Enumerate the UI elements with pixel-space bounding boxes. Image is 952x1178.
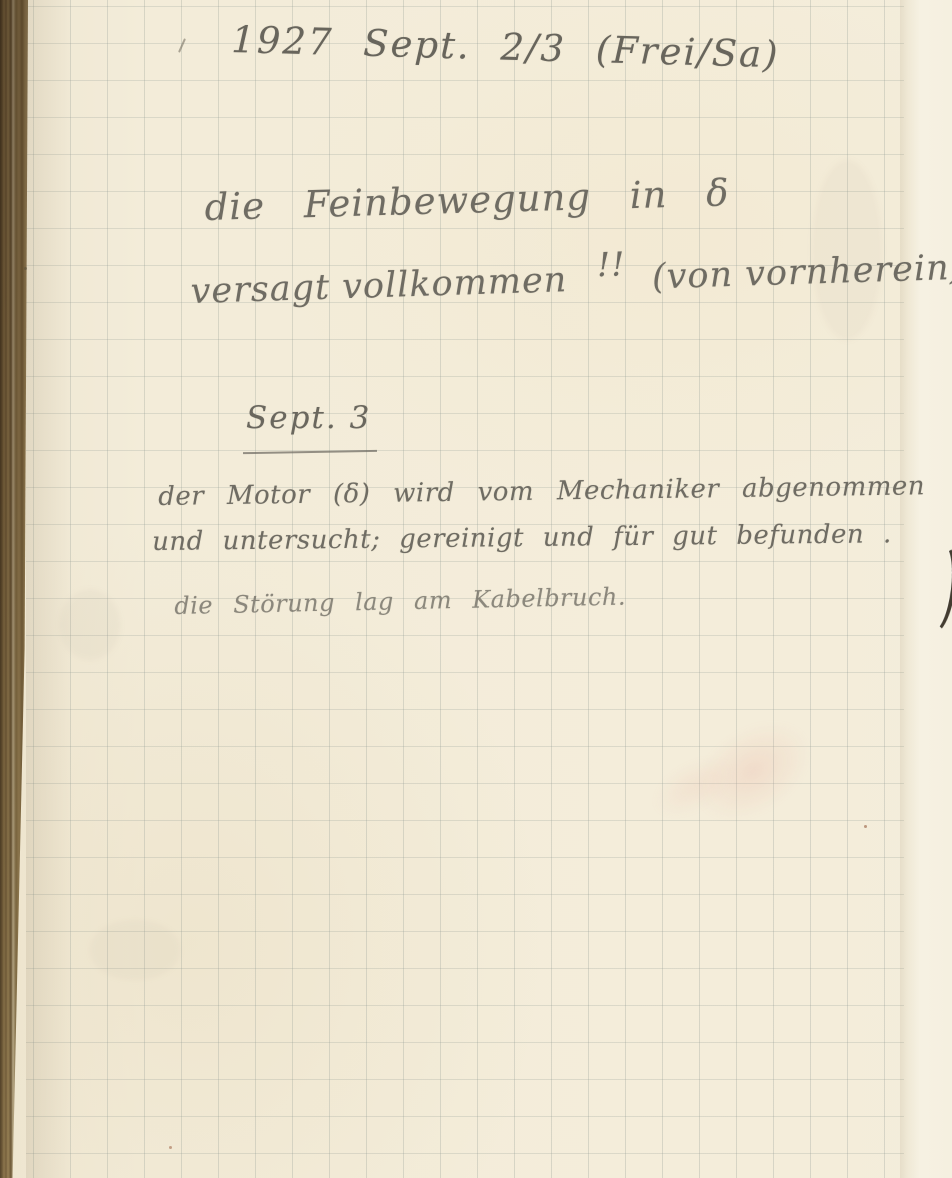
gutter-shadow <box>26 0 72 1178</box>
notebook-page: 1927 Sept. 2/3 (Frei/Sa) die Feinbewegun… <box>0 0 952 1178</box>
paper-speck <box>24 267 27 270</box>
book-binding-page-edges <box>0 0 28 1178</box>
paper-speck <box>169 1146 172 1149</box>
bleed-through-smudge <box>60 590 120 660</box>
entry-sept3-heading: Sept. 3 <box>246 400 371 436</box>
paper-speck <box>864 825 867 828</box>
bleed-through-smudge <box>90 920 180 980</box>
double-exclamation: !! <box>596 244 626 284</box>
